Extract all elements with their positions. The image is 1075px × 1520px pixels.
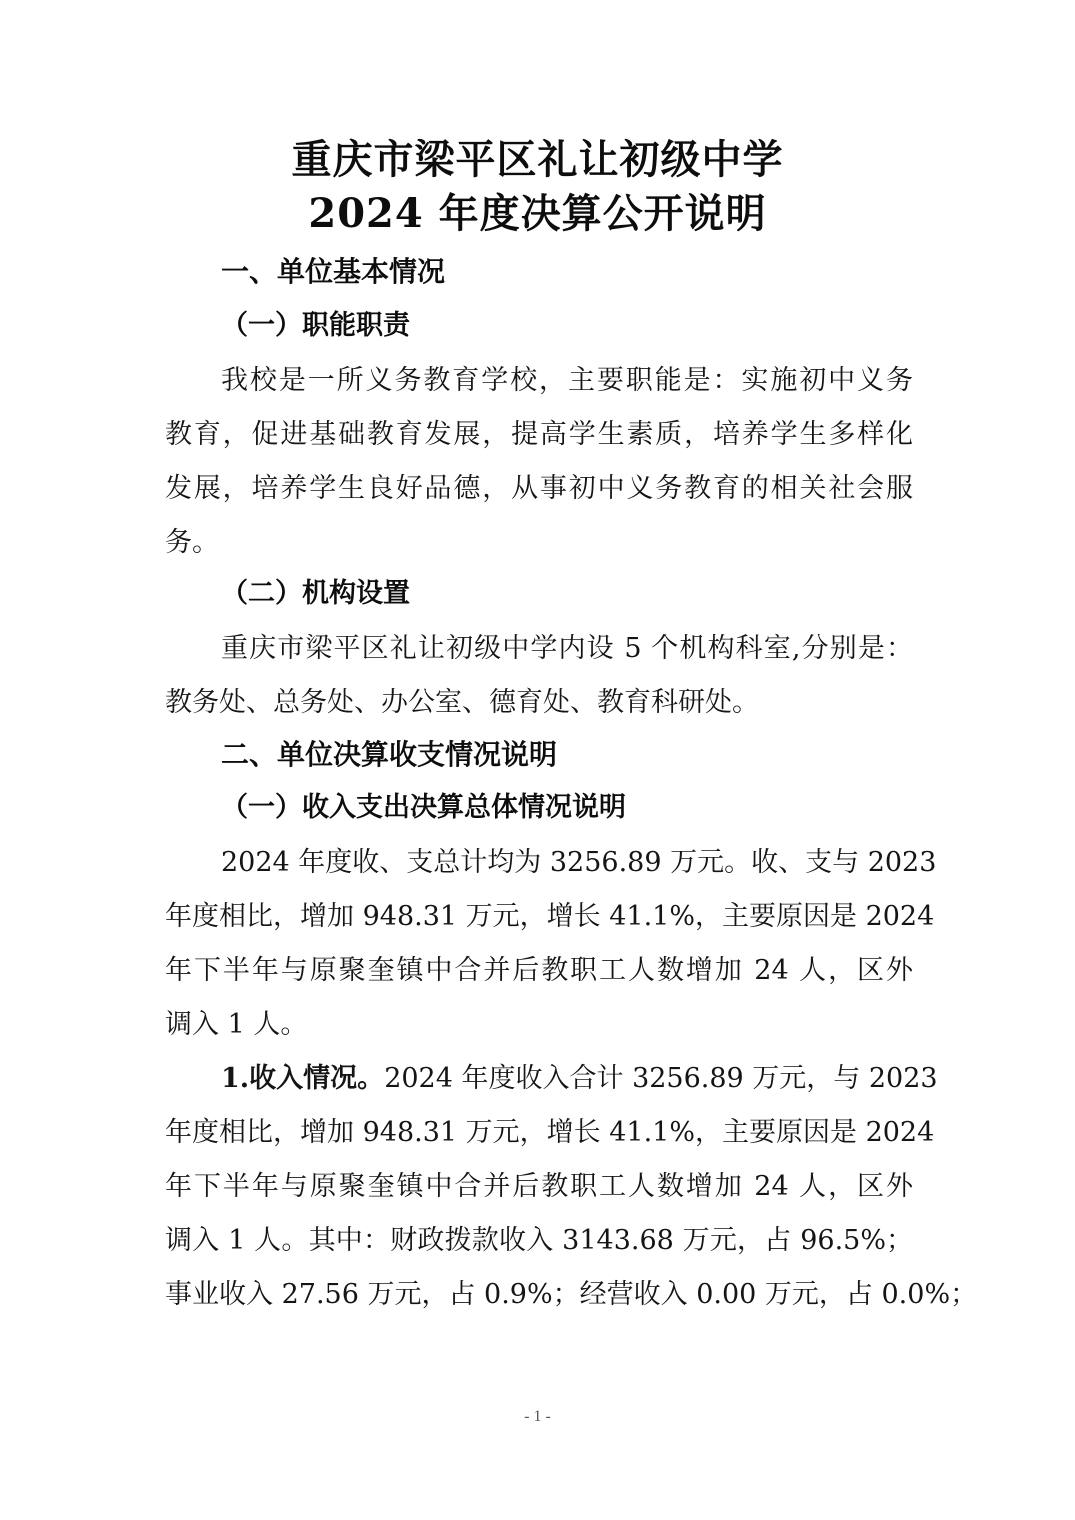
paragraph-line: 我校是一所义务教育学校，主要职能是：实施初中义务 <box>221 364 913 398</box>
paragraph-line: 重庆市梁平区礼让初级中学内设 5 个机构科室,分别是： <box>221 632 913 666</box>
paragraph-line: 2024 年度收、支总计均为 3256.89 万元。收、支与 2023 <box>221 846 913 880</box>
section-heading-budget-explanation: 二、单位决算收支情况说明 <box>221 738 557 772</box>
paragraph-line: 教务处、总务处、办公室、德育处、教育科研处。 <box>165 686 913 720</box>
income-label: 1.收入情况。 <box>221 1063 384 1094</box>
section-heading-basic-info: 一、单位基本情况 <box>221 255 445 289</box>
document-title-line-1: 重庆市梁平区礼让初级中学 <box>0 136 1075 184</box>
paragraph-line-income: 1.收入情况。2024 年度收入合计 3256.89 万元，与 2023 <box>221 1062 913 1096</box>
paragraph-line: 年下半年与原聚奎镇中合并后教职工人数增加 24 人，区外 <box>165 954 913 988</box>
paragraph-line: 年度相比，增加 948.31 万元，增长 41.1%，主要原因是 2024 <box>165 1116 913 1150</box>
subsection-heading-overall: （一）收入支出决算总体情况说明 <box>221 791 626 825</box>
document-title-line-2: 2024 年度决算公开说明 <box>0 190 1075 238</box>
paragraph-line: 年下半年与原聚奎镇中合并后教职工人数增加 24 人，区外 <box>165 1170 913 1204</box>
paragraph-line: 务。 <box>165 526 913 560</box>
subsection-heading-organization: （二）机构设置 <box>221 577 410 611</box>
document-page: 重庆市梁平区礼让初级中学 2024 年度决算公开说明 一、单位基本情况 （一）职… <box>0 0 1075 1520</box>
paragraph-line: 调入 1 人。 <box>165 1008 913 1042</box>
subsection-heading-functions: （一）职能职责 <box>221 309 410 343</box>
paragraph-line: 事业收入 27.56 万元，占 0.9%；经营收入 0.00 万元，占 0.0%… <box>165 1278 913 1312</box>
paragraph-line: 教育，促进基础教育发展，提高学生素质，培养学生多样化 <box>165 418 913 452</box>
page-number: - 1 - <box>0 1408 1075 1426</box>
income-text: 2024 年度收入合计 3256.89 万元，与 2023 <box>384 1063 937 1094</box>
paragraph-line: 调入 1 人。其中：财政拨款收入 3143.68 万元，占 96.5%； <box>165 1224 913 1258</box>
paragraph-line: 年度相比，增加 948.31 万元，增长 41.1%，主要原因是 2024 <box>165 900 913 934</box>
paragraph-line: 发展，培养学生良好品德，从事初中义务教育的相关社会服 <box>165 472 913 506</box>
